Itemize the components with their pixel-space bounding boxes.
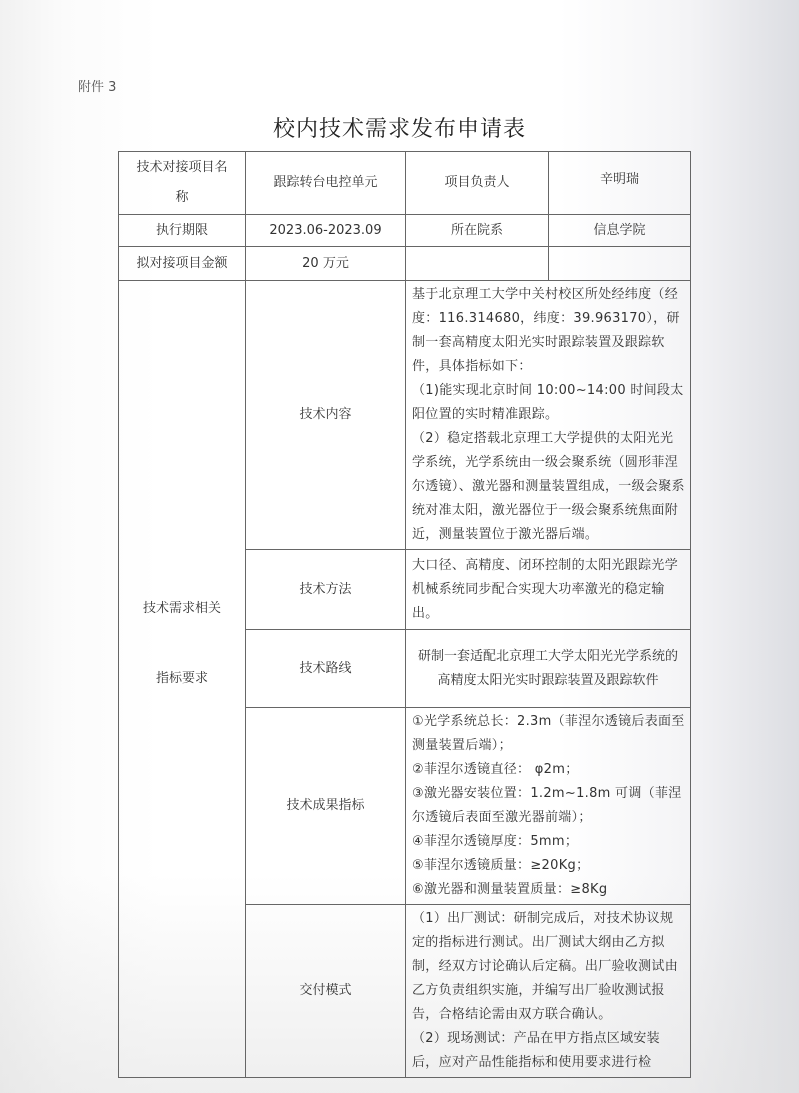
row-amount: 拟对接项目金额 20 万元 (119, 247, 691, 281)
leader-value: 辛明瑞 (549, 152, 691, 215)
document-title: 校内技术需求发布申请表 (0, 112, 799, 143)
amount-extra-label (406, 247, 549, 281)
tech-route-paragraph-1: 研制一套适配北京理工大学太阳光光学系统的高精度太阳光实时跟踪装置及跟踪软件 (412, 645, 684, 693)
period-value: 2023.06-2023.09 (246, 215, 406, 247)
tech-outcome-item-6: ⑥激光器和测量装置质量：≥8Kg (412, 878, 686, 902)
project-name-value: 跟踪转台电控单元 (246, 152, 406, 215)
period-label: 执行期限 (119, 215, 246, 247)
attachment-label: 附件 3 (78, 76, 116, 95)
section-label-line1: 技术需求相关 (119, 597, 245, 621)
tech-outcome-item-2: ②菲涅尔透镜直径： φ2m； (412, 758, 686, 782)
row-project-name: 技术对接项目名 称 跟踪转台电控单元 项目负责人 辛明瑞 (119, 152, 691, 215)
section-label: 技术需求相关 指标要求 (119, 281, 246, 1078)
tech-method-label: 技术方法 (246, 550, 406, 630)
amount-extra-value (549, 247, 691, 281)
tech-method-paragraph-1: 大口径、高精度、闭环控制的太阳光跟踪光学机械系统同步配合实现大功率激光的稳定输出… (412, 554, 686, 626)
section-label-gap (119, 621, 245, 667)
tech-content-paragraph-3: （2）稳定搭载北京理工大学提供的太阳光光学系统，光学系统由一级会聚系统（圆形菲涅… (412, 427, 686, 547)
project-name-label-line1: 技术对接项目名 (119, 153, 245, 183)
tech-route-value: 研制一套适配北京理工大学太阳光光学系统的高精度太阳光实时跟踪装置及跟踪软件 (406, 630, 691, 708)
row-tech-content: 技术需求相关 指标要求 技术内容 基于北京理工大学中关村校区所处经纬度（经度：1… (119, 281, 691, 550)
tech-outcome-item-3: ③激光器安装位置：1.2m~1.8m 可调（菲涅尔透镜后表面至激光器前端）； (412, 782, 686, 830)
leader-label: 项目负责人 (406, 152, 549, 215)
tech-content-label: 技术内容 (246, 281, 406, 550)
amount-label: 拟对接项目金额 (119, 247, 246, 281)
application-form-table: 技术对接项目名 称 跟踪转台电控单元 项目负责人 辛明瑞 执行期限 2023.0… (118, 151, 691, 1078)
department-value: 信息学院 (549, 215, 691, 247)
tech-outcome-value: ①光学系统总长：2.3m（菲涅尔透镜后表面至测量装置后端）； ②菲涅尔透镜直径：… (406, 708, 691, 905)
amount-value: 20 万元 (246, 247, 406, 281)
tech-outcome-item-5: ⑤菲涅尔透镜质量：≥20Kg； (412, 854, 686, 878)
delivery-mode-paragraph-1: （1）出厂测试：研制完成后，对技术协议规定的指标进行测试。出厂测试大纲由乙方拟制… (412, 907, 686, 1027)
tech-content-value: 基于北京理工大学中关村校区所处经纬度（经度：116.314680，纬度：39.9… (406, 281, 691, 550)
tech-outcome-item-4: ④菲涅尔透镜厚度：5mm； (412, 830, 686, 854)
tech-method-value: 大口径、高精度、闭环控制的太阳光跟踪光学机械系统同步配合实现大功率激光的稳定输出… (406, 550, 691, 630)
department-label: 所在院系 (406, 215, 549, 247)
project-name-label-line2: 称 (119, 183, 245, 213)
tech-outcome-item-1: ①光学系统总长：2.3m（菲涅尔透镜后表面至测量装置后端）； (412, 710, 686, 758)
tech-content-paragraph-1: 基于北京理工大学中关村校区所处经纬度（经度：116.314680，纬度：39.9… (412, 283, 686, 379)
delivery-mode-value: （1）出厂测试：研制完成后，对技术协议规定的指标进行测试。出厂测试大纲由乙方拟制… (406, 905, 691, 1078)
section-label-line2: 指标要求 (119, 667, 245, 691)
row-period: 执行期限 2023.06-2023.09 所在院系 信息学院 (119, 215, 691, 247)
delivery-mode-paragraph-2: （2）现场测试：产品在甲方指点区域安装后，应对产品性能指标和使用要求进行检 (412, 1027, 686, 1075)
tech-content-paragraph-2: （1)能实现北京时间 10:00~14:00 时间段太阳位置的实时精准跟踪。 (412, 379, 686, 427)
tech-outcome-label: 技术成果指标 (246, 708, 406, 905)
tech-route-label: 技术路线 (246, 630, 406, 708)
project-name-label: 技术对接项目名 称 (119, 152, 246, 215)
delivery-mode-label: 交付模式 (246, 905, 406, 1078)
